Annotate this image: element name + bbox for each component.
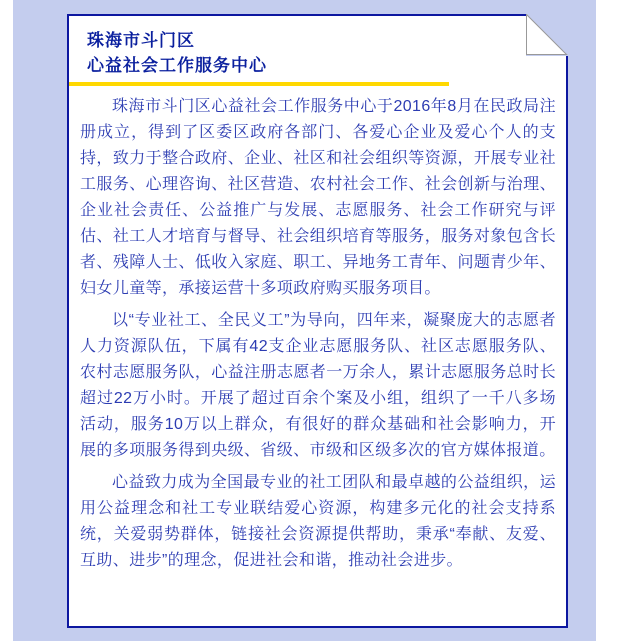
intro-paragraph: 珠海市斗门区心益社会工作服务中心于2016年8月在民政局注册成立，得到了区委区政… bbox=[80, 94, 556, 302]
org-name-title: 心益社会工作服务中心 bbox=[87, 53, 548, 78]
mission-paragraph: 心益致力成为全国最专业的社工团队和最卓越的公益组织，运用公益理念和社工专业联结爱… bbox=[80, 470, 556, 574]
org-region-title: 珠海市斗门区 bbox=[87, 28, 548, 53]
folded-corner-icon bbox=[526, 14, 568, 56]
card-header: 珠海市斗门区 心益社会工作服务中心 bbox=[69, 16, 566, 78]
card-body: 珠海市斗门区心益社会工作服务中心于2016年8月在民政局注册成立，得到了区委区政… bbox=[69, 86, 566, 574]
volunteer-paragraph: 以“专业社工、全民义工”为导向，四年来，凝聚庞大的志愿者人力资源队伍，下属有42… bbox=[80, 308, 556, 464]
document-card: 珠海市斗门区 心益社会工作服务中心 珠海市斗门区心益社会工作服务中心于2016年… bbox=[67, 14, 568, 628]
